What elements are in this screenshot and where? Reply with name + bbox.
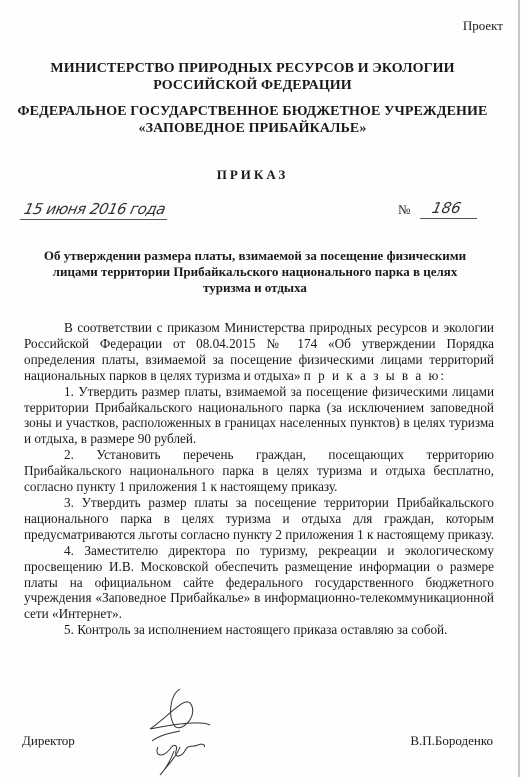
- preamble-verb: п р и к а з ы в а ю:: [304, 368, 446, 383]
- signatory-name: В.П.Бороденко: [410, 733, 493, 749]
- order-subject: Об утверждении размера платы, взимаемой …: [30, 248, 480, 296]
- order-number-label: №: [398, 202, 410, 218]
- ministry-heading: МИНИСТЕРСТВО ПРИРОДНЫХ РЕСУРСОВ И ЭКОЛОГ…: [0, 60, 505, 94]
- organization-line-1: ФЕДЕРАЛЬНОЕ ГОСУДАРСТВЕННОЕ БЮДЖЕТНОЕ УЧ…: [0, 103, 505, 120]
- order-item-4: 4. Заместителю директора по туризму, рек…: [24, 543, 494, 623]
- document-page: Проект МИНИСТЕРСТВО ПРИРОДНЫХ РЕСУРСОВ И…: [0, 0, 523, 777]
- order-item-2: 2. Установить перечень граждан, посещающ…: [24, 447, 494, 495]
- handwritten-order-number: 186: [420, 199, 481, 219]
- preamble: В соответствии с приказом Министерства п…: [24, 320, 494, 384]
- order-item-3: 3. Утвердить размер платы за посещение т…: [24, 495, 494, 543]
- organization-line-2: «ЗАПОВЕДНОЕ ПРИБАЙКАЛЬЕ»: [0, 120, 505, 137]
- order-body: В соответствии с приказом Министерства п…: [24, 320, 494, 638]
- document-type-title: ПРИКАЗ: [0, 167, 505, 183]
- order-item-5: 5. Контроль за исполнением настоящего пр…: [24, 622, 494, 638]
- signatory-title: Директор: [22, 733, 75, 749]
- ministry-line-1: МИНИСТЕРСТВО ПРИРОДНЫХ РЕСУРСОВ И ЭКОЛОГ…: [0, 60, 505, 77]
- page-edge-shadow: [518, 0, 520, 777]
- handwritten-date: 15 июня 2016 года: [20, 200, 171, 220]
- organization-heading: ФЕДЕРАЛЬНОЕ ГОСУДАРСТВЕННОЕ БЮДЖЕТНОЕ УЧ…: [0, 103, 505, 137]
- signature-icon: [140, 685, 220, 777]
- ministry-line-2: РОССИЙСКОЙ ФЕДЕРАЦИИ: [0, 77, 505, 94]
- draft-label: Проект: [463, 18, 503, 34]
- order-item-1: 1. Утвердить размер платы, взимаемой за …: [24, 384, 494, 448]
